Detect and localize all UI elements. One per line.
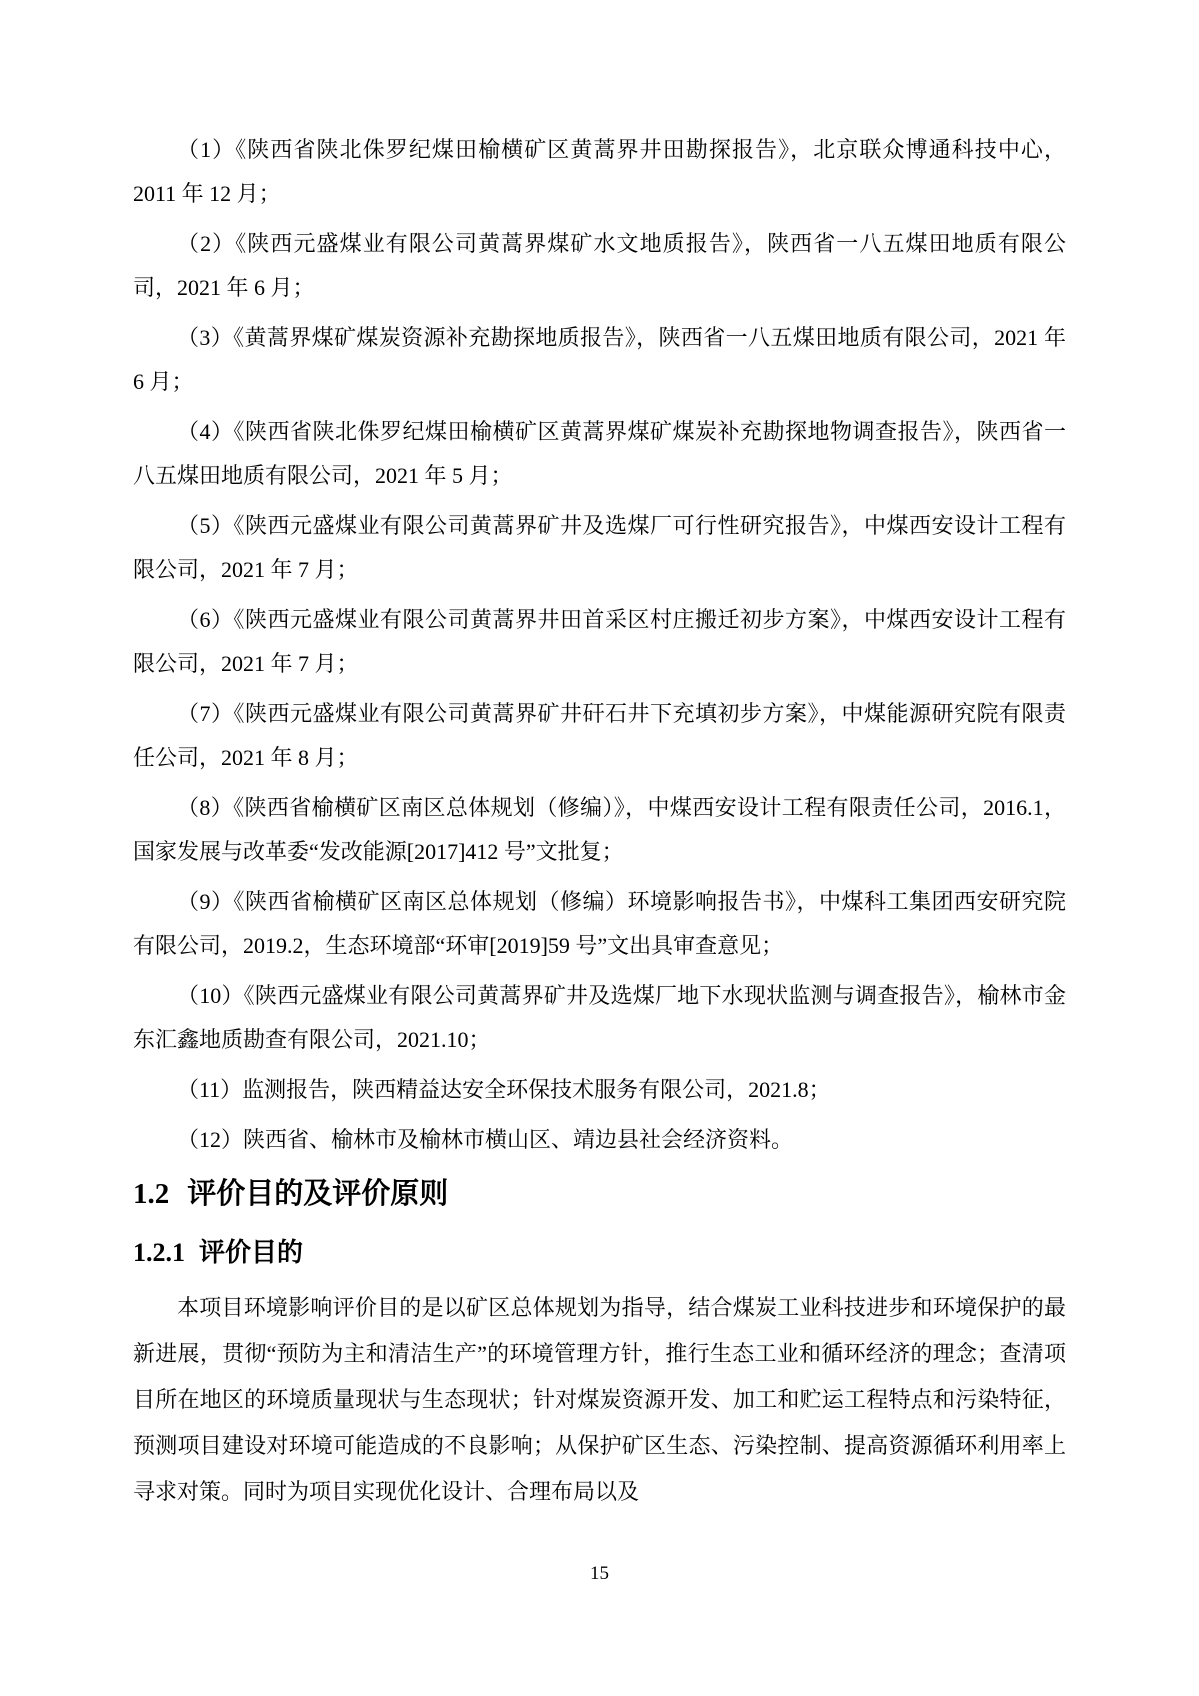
reference-item-1: （1）《陕西省陕北侏罗纪煤田榆横矿区黄蒿界井田勘探报告》，北京联众博通科技中心，… <box>133 128 1066 216</box>
page-number: 15 <box>0 1560 1199 1588</box>
reference-item-12: （12）陕西省、榆林市及榆林市横山区、靖边县社会经济资料。 <box>133 1118 1066 1162</box>
subsection-number: 1.2.1 <box>133 1238 185 1267</box>
reference-item-4: （4）《陕西省陕北侏罗纪煤田榆横矿区黄蒿界煤矿煤炭补充勘探地物调查报告》，陕西省… <box>133 410 1066 498</box>
reference-item-5: （5）《陕西元盛煤业有限公司黄蒿界矿井及选煤厂可行性研究报告》，中煤西安设计工程… <box>133 504 1066 592</box>
reference-item-3: （3）《黄蒿界煤矿煤炭资源补充勘探地质报告》，陕西省一八五煤田地质有限公司，20… <box>133 316 1066 404</box>
paragraph-evaluation-purpose: 本项目环境影响评价目的是以矿区总体规划为指导，结合煤炭工业科技进步和环境保护的最… <box>133 1285 1066 1515</box>
subsection-title: 评价目的 <box>199 1237 303 1267</box>
reference-item-7: （7）《陕西元盛煤业有限公司黄蒿界矿井矸石井下充填初步方案》，中煤能源研究院有限… <box>133 692 1066 780</box>
subsection-heading-1-2-1: 1.2.1评价目的 <box>133 1230 1066 1275</box>
reference-item-8: （8）《陕西省榆横矿区南区总体规划（修编）》，中煤西安设计工程有限责任公司，20… <box>133 786 1066 874</box>
document-page: （1）《陕西省陕北侏罗纪煤田榆横矿区黄蒿界井田勘探报告》，北京联众博通科技中心，… <box>0 0 1199 1696</box>
section-number: 1.2 <box>133 1178 169 1210</box>
reference-item-10: （10）《陕西元盛煤业有限公司黄蒿界矿井及选煤厂地下水现状监测与调查报告》，榆林… <box>133 974 1066 1062</box>
reference-item-9: （9）《陕西省榆横矿区南区总体规划（修编）环境影响报告书》，中煤科工集团西安研究… <box>133 880 1066 968</box>
page-content: （1）《陕西省陕北侏罗纪煤田榆横矿区黄蒿界井田勘探报告》，北京联众博通科技中心，… <box>133 128 1066 1515</box>
reference-item-11: （11）监测报告，陕西精益达安全环保技术服务有限公司，2021.8； <box>133 1068 1066 1112</box>
reference-item-2: （2）《陕西元盛煤业有限公司黄蒿界煤矿水文地质报告》，陕西省一八五煤田地质有限公… <box>133 222 1066 310</box>
section-heading-1-2: 1.2评价目的及评价原则 <box>133 1170 1066 1218</box>
section-title: 评价目的及评价原则 <box>187 1178 448 1210</box>
reference-item-6: （6）《陕西元盛煤业有限公司黄蒿界井田首采区村庄搬迁初步方案》，中煤西安设计工程… <box>133 598 1066 686</box>
